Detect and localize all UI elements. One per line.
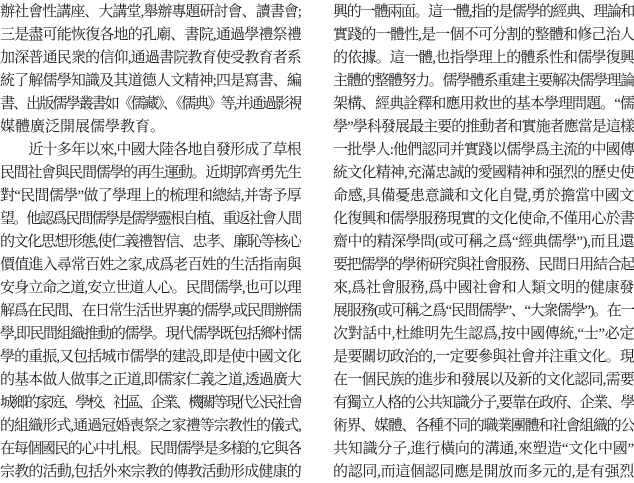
text-line: 術界、媒體、各種不同的職業團體和社會組織的公 <box>333 415 634 438</box>
text-line: 學的重振,又包括城市儒學的建設,即是使中國文化 <box>0 346 301 369</box>
text-line: 價值進入尋常百姓之家,成爲老百姓的生活指南與 <box>0 254 301 277</box>
document-page: 辦社會性講座、大講堂,舉辦專題研討會、讀書會;三是盡可能恢復各地的孔廟、書院,通… <box>0 0 634 483</box>
text-line: 學”學科發展最主要的推動者和實施者應當是這樣 <box>333 116 634 139</box>
text-line: 解爲在民間、在日常生活世界裏的儒學,或民間辦儒 <box>0 300 301 323</box>
text-line: 媒體廣泛開展儒學教育。 <box>0 116 301 139</box>
text-line: 化復興和儒學服務現實的文化使命,不僅用心於書 <box>333 208 634 231</box>
text-line: 命感,具備憂患意識和文化自覺,勇於擔當中國文 <box>333 185 634 208</box>
text-line: 來,爲社會服務,爲中國社會和人類文明的健康發 <box>333 277 634 300</box>
text-line: 次對話中,杜維明先生認爲,按中國傳統,“士”必定 <box>333 323 634 346</box>
text-column-right: 興的一體兩面。這一體,指的是儒學的經典、理論和實踐的一體性,是一個不可分割的整體… <box>333 1 634 483</box>
text-line: 架構、經典詮釋和應用救世的基本學理問題。“儒 <box>333 93 634 116</box>
text-line: 一批學人:他們認同并實踐以儒學爲主流的中國傳 <box>333 139 634 162</box>
text-line: 民間社會與民間儒學的再生運動。近期郭齊勇先生 <box>0 162 301 185</box>
text-line: 書、出版儒學叢書如《儒藏》、《儒典》等,并通過影視 <box>0 93 301 116</box>
text-line: 學,即民間組織推動的儒學。現代儒學既包括鄉村儒 <box>0 323 301 346</box>
text-line: 對“民間儒學”做了學理上的梳理和總結,并寄予厚 <box>0 185 301 208</box>
text-line: 在一個民族的進步和發展以及新的文化認同,需要 <box>333 369 634 392</box>
text-line: 在每個國民的心中扎根。民間儒學是多樣的,它與各 <box>0 438 301 461</box>
text-line: 宗教的活動,包括外來宗教的傳教活動形成健康的 <box>0 461 301 483</box>
text-line: 展服務(或可稱之爲“民間儒學”、“大衆儒學”)。在一 <box>333 300 634 323</box>
text-line: 加深普通民衆的信仰,通過書院教育使受教育者系 <box>0 47 301 70</box>
text-line: 統文化精神,充滿忠誠的愛國精神和强烈的歷史使 <box>333 162 634 185</box>
text-line: 安身立命之道,安立世道人心。民間儒學,也可以理 <box>0 277 301 300</box>
text-line: 三是盡可能恢復各地的孔廟、書院,通過學禮祭禮 <box>0 24 301 47</box>
text-line: 實踐的一體性,是一個不可分割的整體和修己治人 <box>333 24 634 47</box>
text-line: 主體的整體努力。儒學體系重建主要解决儒學理論 <box>333 70 634 93</box>
text-column-left: 辦社會性講座、大講堂,舉辦專題研討會、讀書會;三是盡可能恢復各地的孔廟、書院,通… <box>0 1 301 483</box>
text-line: 興的一體兩面。這一體,指的是儒學的經典、理論和 <box>333 1 634 24</box>
text-line: 統了解儒學知識及其道德人文精神;四是寫書、編 <box>0 70 301 93</box>
text-line: 共知識分子,進行橫向的溝通,來塑造“文化中國” <box>333 438 634 461</box>
text-line: 的依據。這一體,也指學理上的體系性和儒學復興 <box>333 47 634 70</box>
text-line: 的基本做人做事之正道,即儒家仁義之道,透過廣大 <box>0 369 301 392</box>
text-line: 要把儒學的學術研究與社會服務、民間日用結合起 <box>333 254 634 277</box>
text-line: 城鄉的家庭、學校、社區、企業、機關等現代公民社會 <box>0 392 301 415</box>
text-line: 近十多年以來,中國大陸各地自發形成了草根 <box>0 139 301 162</box>
text-line: 有獨立人格的公共知識分子,要靠在政府、企業、學 <box>333 392 634 415</box>
text-line: 的認同,而這個認同應是開放而多元的,是有强烈 <box>333 461 634 483</box>
text-line: 望。他認爲民間儒學是儒學靈根自植、重返社會人間 <box>0 208 301 231</box>
text-line: 辦社會性講座、大講堂,舉辦專題研討會、讀書會; <box>0 1 301 24</box>
text-line: 齋中的精深學問(或可稱之爲“經典儒學”),而且還 <box>333 231 634 254</box>
text-line: 是要關切政治的,一定要參與社會并注重文化。現 <box>333 346 634 369</box>
text-line: 的文化思想形態,使仁義禮智信、忠孝、廉恥等核心 <box>0 231 301 254</box>
text-line: 的組織形式,通過冠婚喪祭之家禮等宗教性的儀式, <box>0 415 301 438</box>
